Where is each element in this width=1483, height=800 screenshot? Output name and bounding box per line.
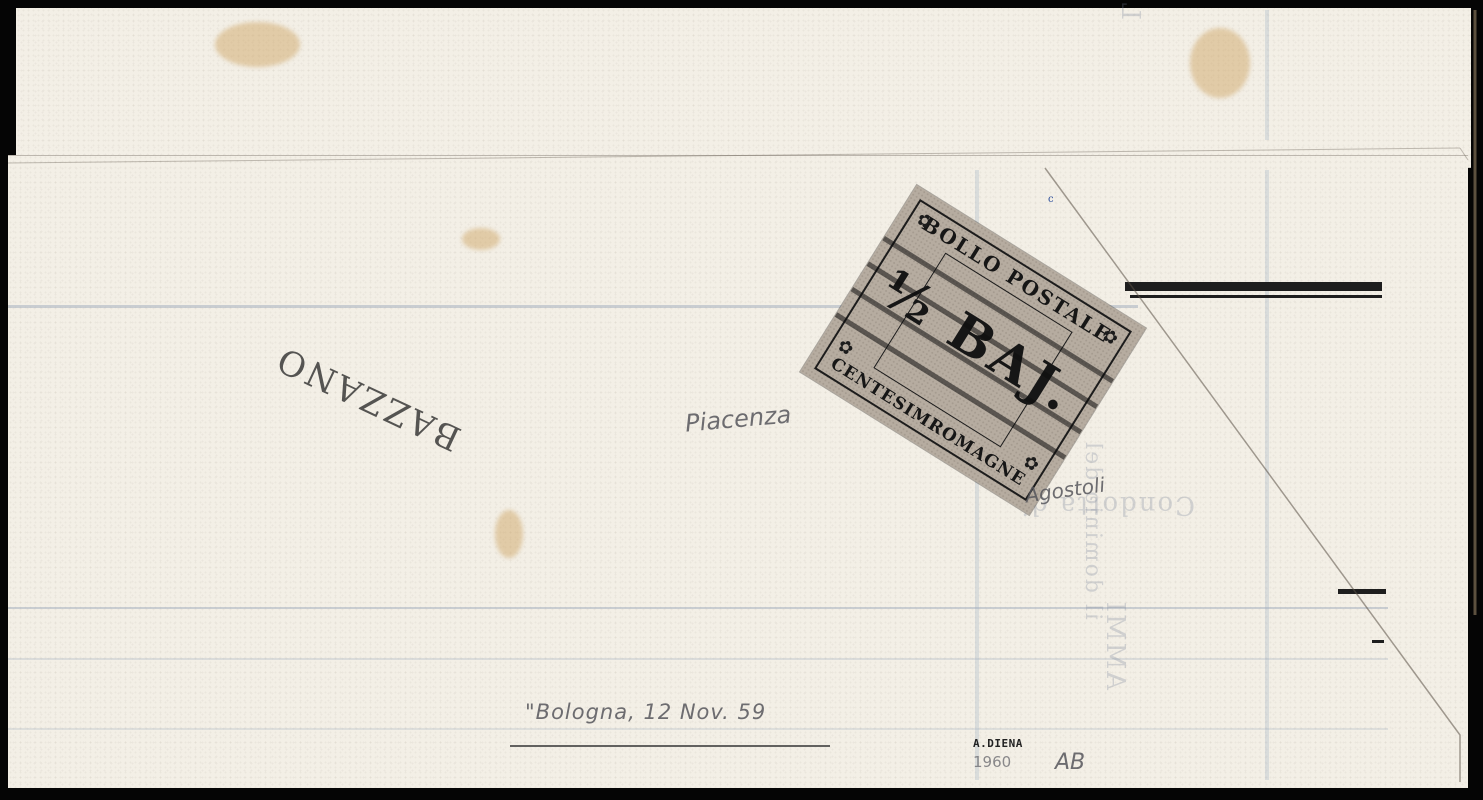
- expert-initials: AB: [1055, 750, 1085, 775]
- show-through-rule: [1265, 10, 1269, 140]
- foxing-stain: [1190, 28, 1250, 98]
- printed-rule: [1338, 589, 1386, 594]
- foxing-stain: [215, 22, 300, 67]
- pencil-date-note: "Bologna, 12 Nov. 59: [525, 700, 766, 724]
- expert-mark: A.DIENA: [973, 737, 1023, 750]
- show-through-text: il dominio del: [1080, 440, 1105, 620]
- ruled-line: [8, 607, 1388, 609]
- date-underline: [510, 745, 830, 747]
- printed-rule: [1372, 640, 1384, 643]
- expert-year: 1960: [973, 753, 1011, 771]
- show-through-text: LOLI DE: [1115, 0, 1145, 20]
- foxing-stain: [462, 228, 500, 250]
- cover-front-panel: [8, 155, 1468, 788]
- show-through-rule: [1265, 170, 1269, 780]
- show-through-text: AMMI: [1100, 600, 1130, 690]
- ruled-line: [8, 658, 1388, 660]
- foxing-stain: [495, 510, 523, 558]
- ruled-line: [8, 728, 1388, 730]
- printed-rule: [1125, 282, 1382, 291]
- printed-rule: [1130, 295, 1382, 298]
- blue-ink-mark: c: [1048, 194, 1054, 205]
